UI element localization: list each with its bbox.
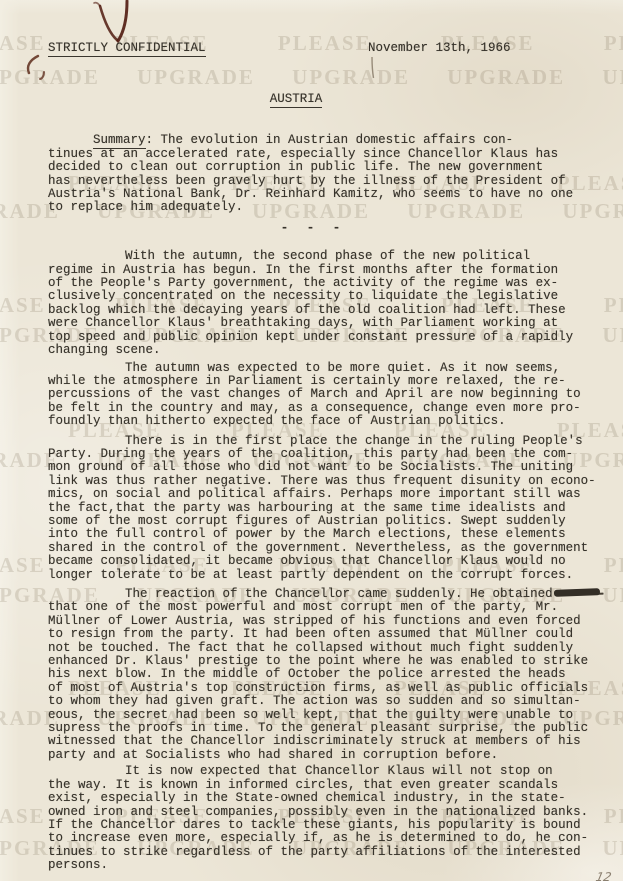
classification-label: STRICTLY CONFIDENTIAL — [48, 41, 206, 57]
page-title: AUSTRIA — [48, 93, 614, 107]
body-paragraph: It is now expected that Chancellor Klaus… — [48, 765, 614, 872]
document-header: STRICTLY CONFIDENTIAL November 13th, 196… — [48, 42, 614, 56]
summary-paragraph: Summary: The evolution in Austrian domes… — [48, 121, 614, 228]
pen-check-mark-icon — [94, 1, 127, 41]
section-separator: - - - — [48, 222, 614, 235]
strikeout-smudge — [553, 588, 599, 597]
page-title-text: AUSTRIA — [270, 92, 323, 108]
document-date: November 13th, 1966 — [368, 42, 511, 55]
scanned-document-page: PLEASE PLEASE PLEASE PLEASE PLEASE UPGRA… — [0, 0, 623, 881]
paragraph-text: that one of the most powerful and most c… — [48, 600, 588, 761]
body-paragraph: With the autumn, the second phase of the… — [48, 250, 614, 357]
paragraph-text: The reaction of the Chancellor came sudd… — [125, 587, 553, 601]
page-number-mark: 12 — [594, 870, 612, 881]
body-paragraph: There is in the first place the change i… — [48, 435, 614, 582]
pen-bracket-mark-icon — [28, 56, 44, 79]
typewritten-content: STRICTLY CONFIDENTIAL November 13th, 196… — [48, 42, 614, 873]
body-paragraph: The autumn was expected to be more quiet… — [48, 362, 614, 429]
body-paragraph: The reaction of the Chancellor came sudd… — [48, 588, 614, 762]
